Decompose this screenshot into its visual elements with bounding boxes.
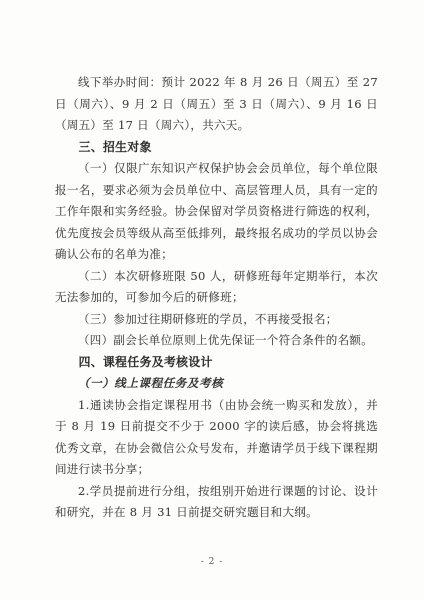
paragraph-task-2-grouping: 2.学员提前进行分组，按组别开始进行课题的讨论、设计和研究，并在 8 月 31 … [55,481,378,524]
paragraph-item-2-quota: （二）本次研修班限 50 人，研修班每年定期举行，本次无法参加的，可参加今后的研… [55,266,378,309]
subheading-online-course-tasks: （一）线上课程任务及考核 [55,373,378,395]
heading-section-4-course-tasks: 四、课程任务及考核设计 [55,352,378,374]
paragraph-item-3-past-students: （三）参加过往期研修班的学员，不再接受报名； [55,309,378,331]
paragraph-item-1-eligibility: （一）仅限广东知识产权保护协会会员单位，每个单位限报一名，要求必须为会员单位中、… [55,158,378,266]
page-number: - 2 - [0,557,424,567]
paragraph-item-4-vice-president: （四）副会长单位原则上优先保证一个符合条件的名额。 [55,330,378,352]
heading-section-3-enrollment: 三、招生对象 [55,137,378,159]
paragraph-offline-schedule: 线下举办时间：预计 2022 年 8 月 26 日（周五）至 27 日（周六）、… [55,72,378,137]
paragraph-task-1-reading: 1.通读协会指定课程用书（由协会统一购买和发放），并于 8 月 19 日前提交不… [55,395,378,481]
document-page: 线下举办时间：预计 2022 年 8 月 26 日（周五）至 27 日（周六）、… [0,0,424,600]
